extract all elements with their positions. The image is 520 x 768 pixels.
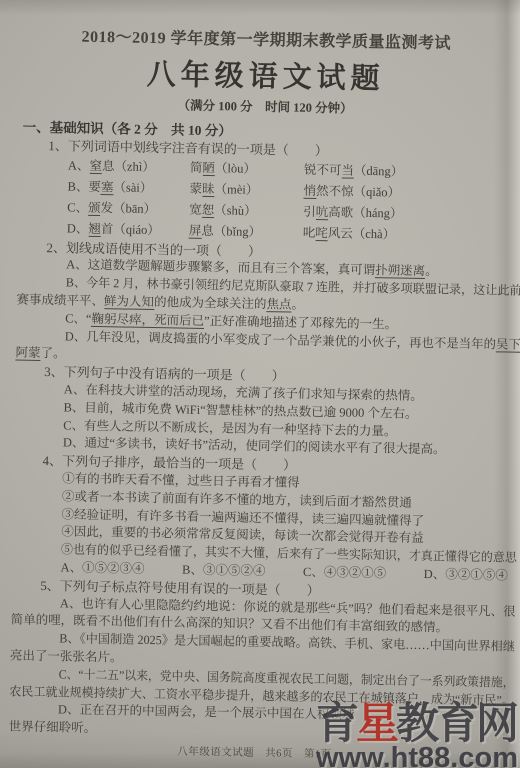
text-segment: （dāng） [354, 163, 404, 178]
text-segment: A、 [68, 158, 90, 172]
text-segment: 引 [303, 204, 316, 218]
underlined-term: 屏 [189, 223, 202, 238]
page-title: 八年级语文试题 [5, 49, 520, 100]
text-segment: 高歌（háng） [328, 205, 403, 220]
underlined-term: 鲜为人知 [104, 294, 154, 310]
text-segment: 息（bǐng） [201, 223, 261, 238]
text-segment: 息（zhì） [102, 159, 155, 174]
watermark-char: 育 [316, 701, 356, 748]
text-segment: 发（bān） [100, 201, 156, 216]
watermark: 育星教育网 www.ht88.com [316, 703, 518, 768]
pinyin-cell: A、窒息（zhì） [68, 155, 190, 178]
pinyin-cell: 宽恕（shù） [189, 199, 303, 222]
text-segment: （mèi） [214, 182, 258, 197]
pinyin-cell: B、要塞（sài） [67, 176, 189, 199]
text-segment: 的他成为全球关注的 [154, 295, 267, 311]
watermark-star-char: 星 [356, 701, 396, 748]
text-segment: 简 [190, 160, 203, 174]
text-segment: 锐不可 [304, 162, 342, 177]
underlined-term: 吭 [316, 205, 329, 220]
underlined-term: 翘 [88, 221, 101, 236]
underlined-term: 咤 [315, 226, 328, 241]
pinyin-cell: D、翘首（qiáo） [67, 218, 189, 241]
page-footer: 八年级语文试题 共6页 第1页 [177, 744, 332, 762]
text-segment: （shù） [214, 203, 257, 218]
text-segment: ①有的书昨天看不懂，过些日子再看才懂得 [62, 471, 300, 489]
underlined-term: 扑朔迷离 [375, 263, 425, 279]
text-segment: （lòu） [215, 161, 256, 176]
text-segment: 赛事成绩平平、 [16, 293, 104, 309]
underlined-term: 窒 [89, 158, 102, 173]
pinyin-cell: 悄然不惊（qiǎo） [303, 180, 400, 203]
question-body: 一、基础知识（各 2 分 共 10 分）1、下列词语中划线字注音有误的一项是（ … [0, 118, 520, 745]
underlined-term: 悄 [303, 183, 316, 198]
text-segment: 世界仔细聆听。 [9, 720, 97, 736]
watermark-url: www.ht88.com [316, 745, 518, 768]
watermark-chars: 教育网 [396, 701, 516, 748]
underlined-term: 焦点 [266, 297, 291, 312]
text-segment: 首（qiáo） [101, 222, 160, 237]
underlined-term: 吴下 [496, 337, 520, 352]
text-segment: 风云（chà） [328, 226, 396, 241]
text-segment: 2、划线成语使用不当的一项（ ） [46, 240, 261, 259]
watermark-site-name: 育星教育网 [316, 703, 518, 746]
text-segment: 蒙 [189, 181, 202, 195]
underlined-term: 阿蒙 [15, 346, 40, 361]
text-segment: B、要 [67, 179, 101, 194]
underlined-term: 当 [341, 163, 354, 178]
pinyin-cell: 蒙昧（mèi） [189, 178, 303, 201]
text-segment: C、“ [65, 311, 92, 325]
underlined-term: 塞 [101, 180, 114, 195]
text-segment: D、 [67, 221, 89, 235]
text-segment: 叱 [303, 225, 316, 239]
text-segment: 。 [291, 298, 304, 312]
underlined-term: 昧 [202, 182, 215, 197]
text-segment: 亮出了一张张名片。 [10, 648, 123, 664]
pinyin-cell: 屏息（bǐng） [189, 220, 303, 243]
text-segment: C、 [67, 200, 88, 214]
text-segment: 然不惊（qiǎo） [316, 184, 400, 200]
underlined-term: 鞠躬尽瘁，死而后已 [91, 312, 204, 329]
text-segment: （sài） [113, 180, 152, 195]
exam-paper-photo: 2018～2019 学年度第一学期期末教学质量监测考试 八年级语文试题 （满分 … [0, 0, 520, 768]
pinyin-cell: 简陋（lòu） [190, 157, 304, 180]
text-segment: 。 [425, 264, 438, 278]
pinyin-cell: C、颁发（bān） [67, 197, 189, 220]
exam-paper-content: 2018～2019 学年度第一学期期末教学质量监测考试 八年级语文试题 （满分 … [0, 0, 520, 768]
text-segment: 了。 [40, 346, 65, 360]
pinyin-cell: 引吭高歌（háng） [303, 201, 403, 224]
underlined-term: 颁 [88, 200, 101, 215]
pinyin-cell: 叱咤风云（chà） [303, 222, 396, 245]
text-segment: ”正好准确地描述了邓稼先的一生。 [204, 314, 397, 332]
text-segment: 宽 [189, 202, 202, 216]
pinyin-cell: 锐不可当（dāng） [304, 159, 404, 182]
underlined-term: 陋 [202, 161, 215, 176]
underlined-term: 恕 [202, 202, 215, 217]
text-segment: 一、基础知识（各 2 分 共 10 分） [23, 120, 232, 139]
